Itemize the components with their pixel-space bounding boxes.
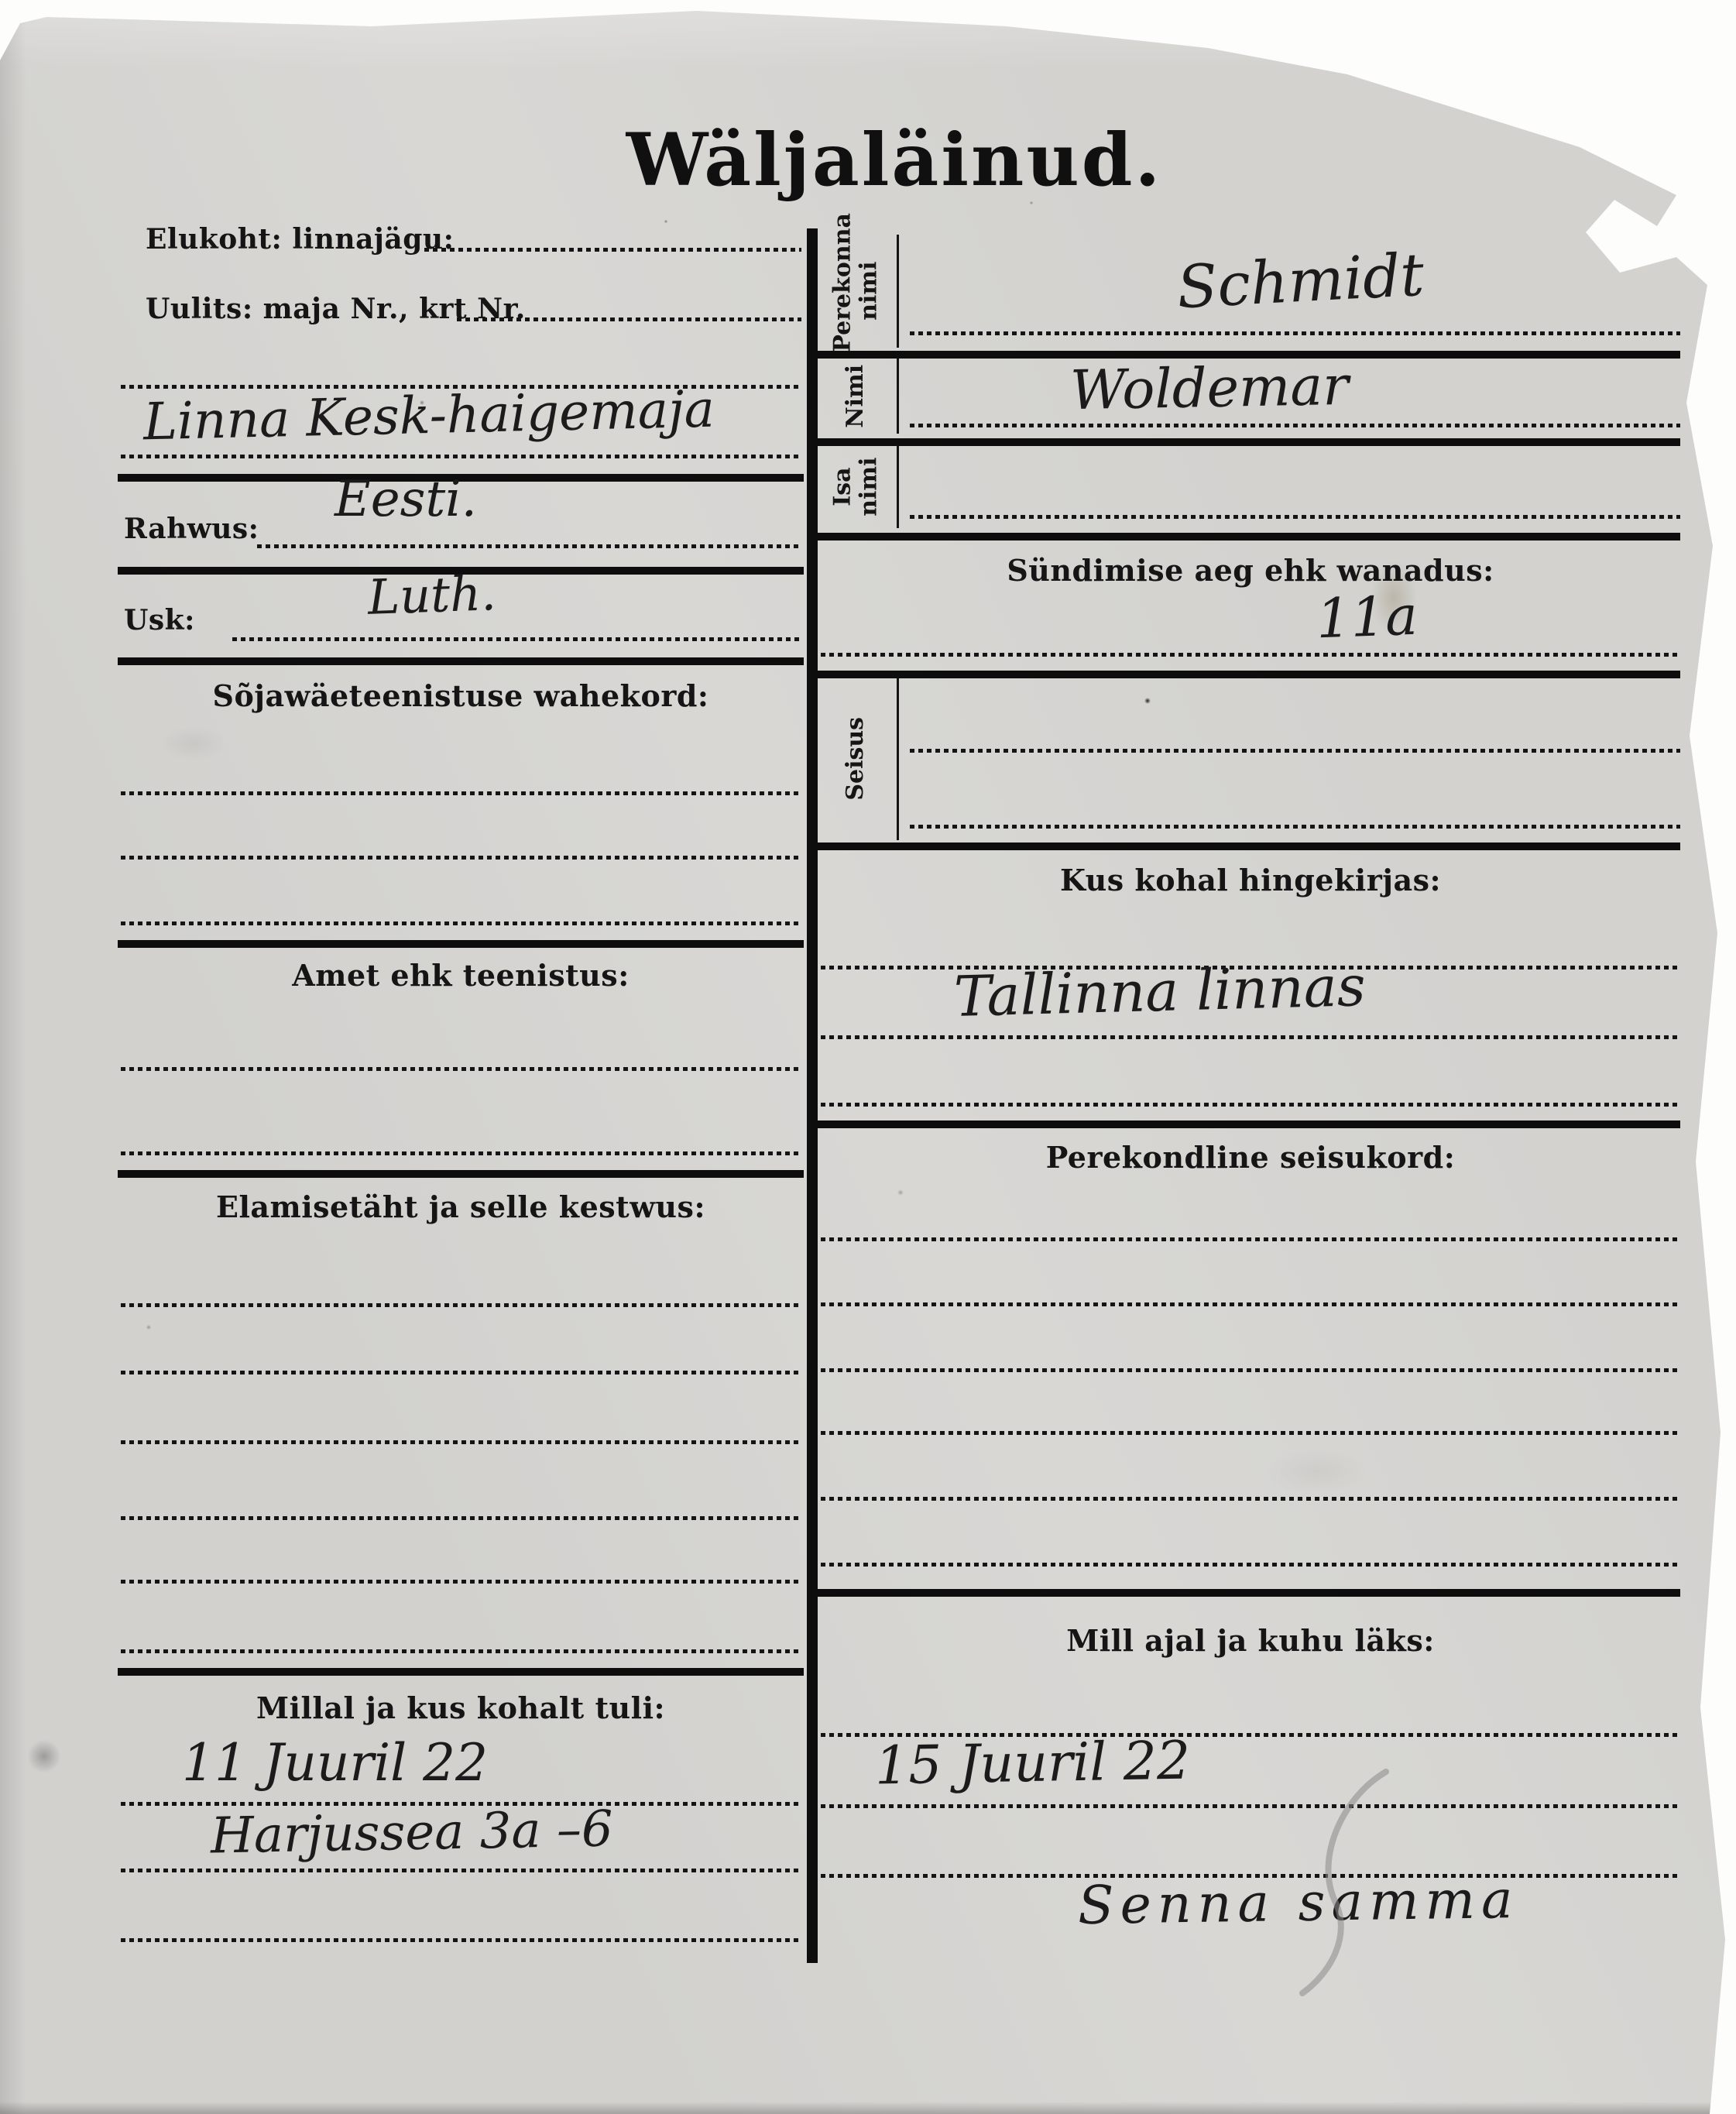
register-header: Kus kohal hingekirjas:	[821, 863, 1680, 897]
section-rule	[807, 671, 1680, 678]
departure-date-handwriting: 15 Juuril 22	[874, 1730, 1190, 1797]
dotted-line	[121, 1067, 802, 1071]
dotted-line	[232, 637, 801, 641]
first-name-handwriting: Woldemar	[1069, 354, 1349, 422]
dotted-line	[121, 1516, 802, 1520]
dotted-line	[121, 1938, 802, 1942]
dotted-line	[121, 1303, 802, 1307]
dotted-line	[910, 825, 1680, 829]
first-name-label: Nimi	[815, 356, 897, 436]
family-name-label: Perekonna nimi	[815, 232, 897, 350]
dotted-line	[821, 1103, 1680, 1107]
dotted-line	[121, 1869, 802, 1872]
birth-age-header: Sündimise aeg ehk wanadus:	[821, 553, 1680, 588]
birth-age-handwriting: 11a	[1316, 584, 1419, 651]
dotted-line	[457, 317, 801, 321]
label-separator-rule	[897, 359, 899, 434]
military-service-header: Sõjawäeteenistuse wahekord:	[116, 678, 805, 713]
arrival-header: Millal ja kus kohalt tuli:	[116, 1690, 805, 1725]
scanned-page: Wäljaläinud. Elukoht: linnajägu: Uulits:…	[0, 0, 1736, 2114]
register-handwriting: Tallinna linnas	[953, 953, 1367, 1029]
departure-header: Mill ajal ja kuhu läks:	[821, 1623, 1680, 1658]
family-name-handwriting: Schmidt	[1175, 240, 1426, 322]
dotted-line	[821, 1368, 1680, 1372]
dotted-line	[910, 515, 1680, 519]
dotted-line	[121, 1580, 802, 1584]
dotted-line	[821, 653, 1680, 657]
form-title: Wäljaläinud.	[527, 118, 1262, 203]
section-rule	[118, 1170, 804, 1178]
dotted-line	[821, 1563, 1680, 1567]
residence-permit-header: Elamisetäht ja selle kestwus:	[116, 1189, 805, 1224]
dotted-line	[121, 1440, 802, 1444]
profession-header: Amet ehk teenistus:	[116, 958, 805, 993]
dotted-line	[257, 544, 801, 548]
form-sheet: Wäljaläinud. Elukoht: linnajägu: Uulits:…	[0, 0, 1736, 2114]
pencil-mark	[1270, 1766, 1456, 2006]
nationality-entry-handwriting: Eesti.	[335, 471, 477, 528]
dotted-line	[821, 1302, 1680, 1306]
dotted-line	[121, 1151, 802, 1155]
dotted-line	[910, 331, 1680, 335]
dotted-line	[910, 424, 1680, 427]
religion-label: Usk:	[124, 604, 195, 637]
section-rule	[118, 940, 804, 948]
arrival-place-handwriting: Harjussea 3a –6	[210, 1800, 613, 1865]
section-rule	[118, 1668, 804, 1676]
dotted-line	[910, 749, 1680, 753]
dotted-line	[821, 1035, 1680, 1039]
dotted-line	[821, 1431, 1680, 1435]
dotted-line	[121, 791, 802, 795]
dotted-line	[821, 1497, 1680, 1501]
section-rule	[118, 657, 804, 665]
religion-entry-handwriting: Luth.	[367, 565, 497, 626]
dotted-line	[121, 921, 802, 925]
nationality-label: Rahwus:	[124, 513, 259, 545]
section-rule	[807, 843, 1680, 850]
dotted-line	[821, 1804, 1680, 1808]
label-separator-rule	[897, 235, 899, 348]
dotted-line	[424, 248, 801, 252]
status-label: Seisus	[815, 675, 897, 843]
address-entry-handwriting: Linna Kesk-haigemaja	[142, 379, 715, 452]
section-rule	[807, 438, 1680, 446]
dotted-line	[121, 856, 802, 860]
father-name-label: Isa nimi	[815, 443, 897, 530]
residence-district-label: Elukoht: linnajägu:	[146, 223, 454, 256]
dotted-line	[821, 1237, 1680, 1241]
dotted-line	[121, 1649, 802, 1653]
label-separator-rule	[897, 445, 899, 528]
family-status-header: Perekondline seisukord:	[821, 1140, 1680, 1175]
section-rule	[807, 1120, 1680, 1128]
section-rule	[807, 1589, 1680, 1597]
dotted-line	[121, 1371, 802, 1374]
label-separator-rule	[897, 678, 899, 840]
arrival-date-handwriting: 11 Juuril 22	[182, 1733, 488, 1793]
section-rule	[807, 533, 1680, 541]
dotted-line	[121, 455, 802, 458]
